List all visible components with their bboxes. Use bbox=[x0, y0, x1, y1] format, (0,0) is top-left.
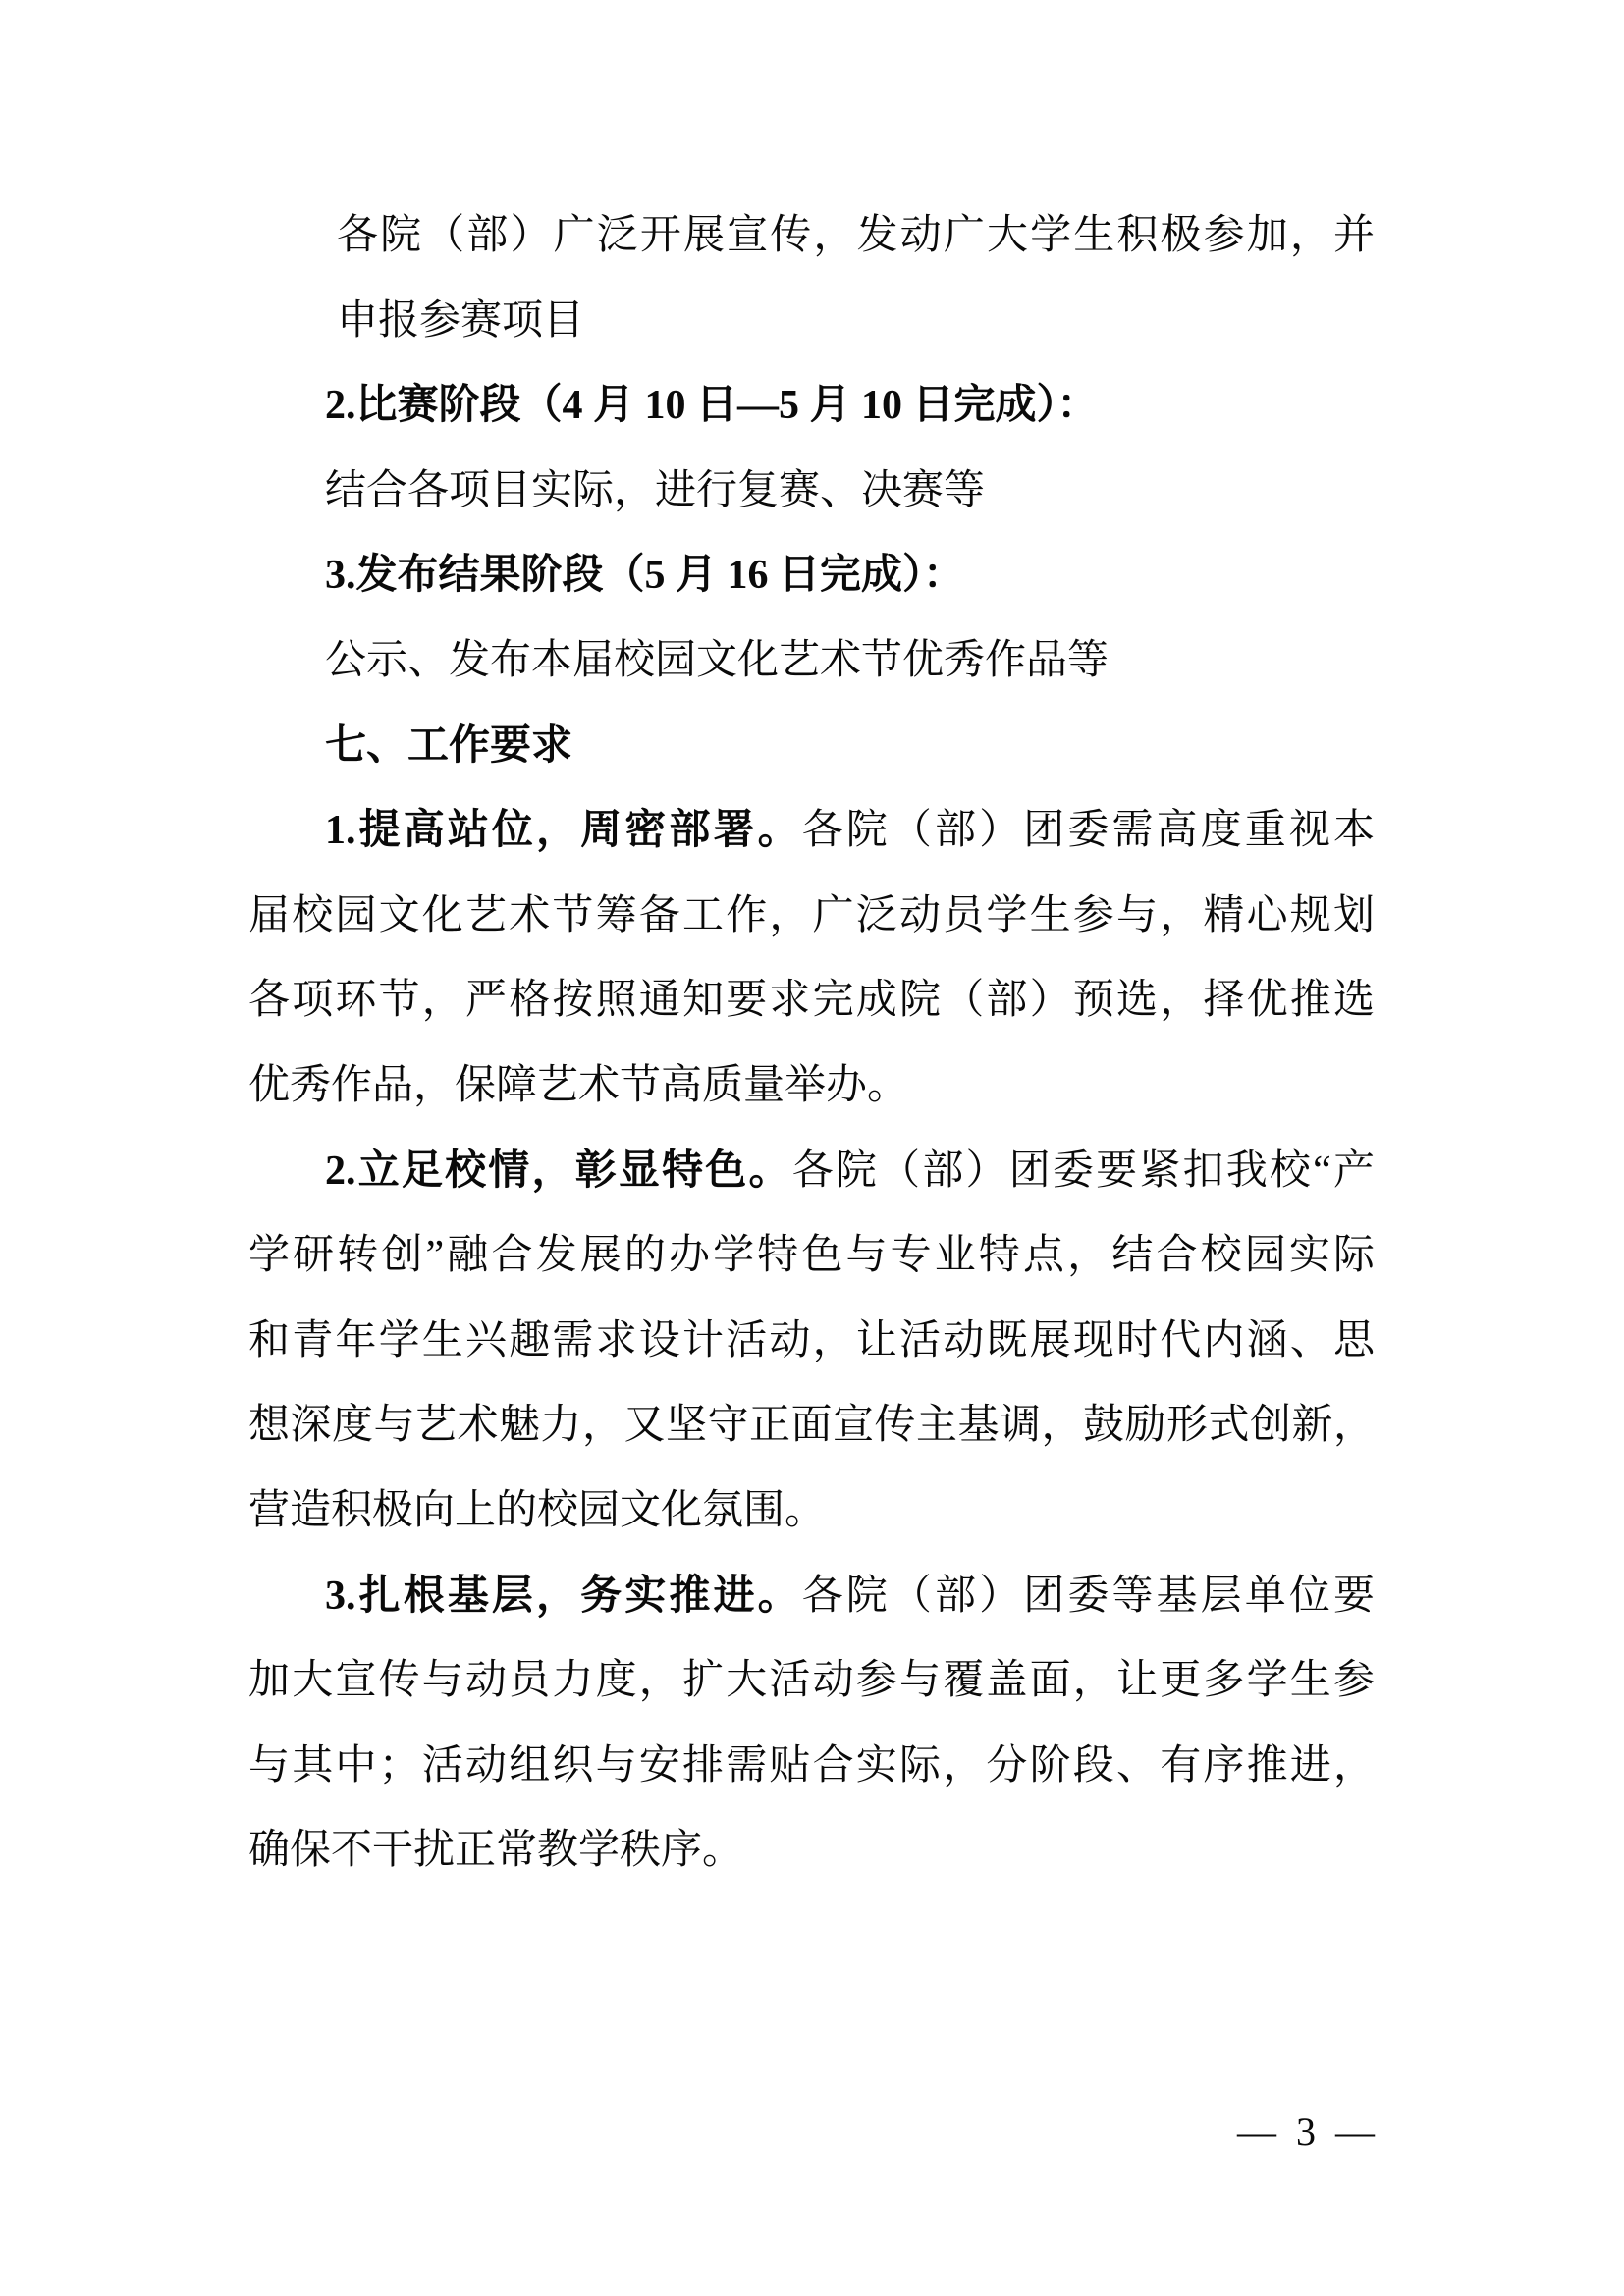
doc-line: 想深度与艺术魅力，又坚守正面宣传主基调，鼓励形式创新， bbox=[248, 1383, 1375, 1468]
stage-item-label: 2.比赛阶段（4 月 10 日—5 月 10 日完成）： bbox=[325, 383, 1099, 428]
doc-line: 各院（部）广泛开展宣传，发动广大学生积极参加，并 bbox=[248, 193, 1375, 279]
section-heading-label: 七、工作要求 bbox=[325, 723, 572, 769]
doc-line: 与其中；活动组织与安排需贴合实际，分阶段、有序推进， bbox=[248, 1724, 1375, 1809]
doc-line: 各项环节，严格按照通知要求完成院（部）预选，择优推选 bbox=[248, 958, 1375, 1043]
doc-line: 届校园文化艺术节筹备工作，广泛动员学生参与，精心规划 bbox=[248, 874, 1375, 959]
requirement-lead: 2.立足校情，彰显特色。 bbox=[325, 1148, 792, 1194]
section-heading-work-requirements: 七、工作要求 bbox=[248, 704, 1375, 789]
doc-line: 加大宣传与动员力度，扩大活动参与覆盖面，让更多学生参 bbox=[248, 1638, 1375, 1724]
requirement-lead: 1.提高站位，周密部署。 bbox=[325, 808, 802, 853]
requirement-item-1: 1.提高站位，周密部署。各院（部）团委需高度重视本 bbox=[248, 788, 1375, 874]
doc-line: 学研转创”融合发展的办学特色与专业特点，结合校园实际 bbox=[248, 1213, 1375, 1299]
stage-item-label: 3.发布结果阶段（5 月 16 日完成）： bbox=[325, 553, 964, 598]
doc-line: 结合各项目实际，进行复赛、决赛等 bbox=[248, 449, 1375, 534]
doc-line: 和青年学生兴趣需求设计活动，让活动既展现时代内涵、思 bbox=[248, 1299, 1375, 1384]
requirement-item-2: 2.立足校情，彰显特色。各院（部）团委要紧扣我校“产 bbox=[248, 1129, 1375, 1214]
doc-line: 营造积极向上的校园文化氛围。 bbox=[248, 1468, 1375, 1554]
requirement-item-3: 3.扎根基层，务实推进。各院（部）团委等基层单位要 bbox=[248, 1554, 1375, 1639]
requirement-text: 各院（部）团委要紧扣我校“产 bbox=[792, 1148, 1375, 1194]
text-block: 各院（部）广泛开展宣传，发动广大学生积极参加，并 申报参赛项目 2.比赛阶段（4… bbox=[248, 193, 1375, 1894]
document-page: 各院（部）广泛开展宣传，发动广大学生积极参加，并 申报参赛项目 2.比赛阶段（4… bbox=[0, 0, 1624, 2296]
stage-item-results: 3.发布结果阶段（5 月 16 日完成）： bbox=[248, 533, 1375, 618]
page-number: — 3 — bbox=[1225, 2097, 1386, 2167]
doc-line: 优秀作品，保障艺术节高质量举办。 bbox=[248, 1043, 1375, 1129]
requirement-lead: 3.扎根基层，务实推进。 bbox=[325, 1574, 802, 1619]
requirement-text: 各院（部）团委需高度重视本 bbox=[802, 808, 1375, 853]
stage-item-competition: 2.比赛阶段（4 月 10 日—5 月 10 日完成）： bbox=[248, 363, 1375, 449]
doc-line: 申报参赛项目 bbox=[248, 279, 1375, 364]
requirement-text: 各院（部）团委等基层单位要 bbox=[802, 1574, 1375, 1619]
doc-line: 公示、发布本届校园文化艺术节优秀作品等 bbox=[248, 618, 1375, 704]
doc-line: 确保不干扰正常教学秩序。 bbox=[248, 1808, 1375, 1894]
